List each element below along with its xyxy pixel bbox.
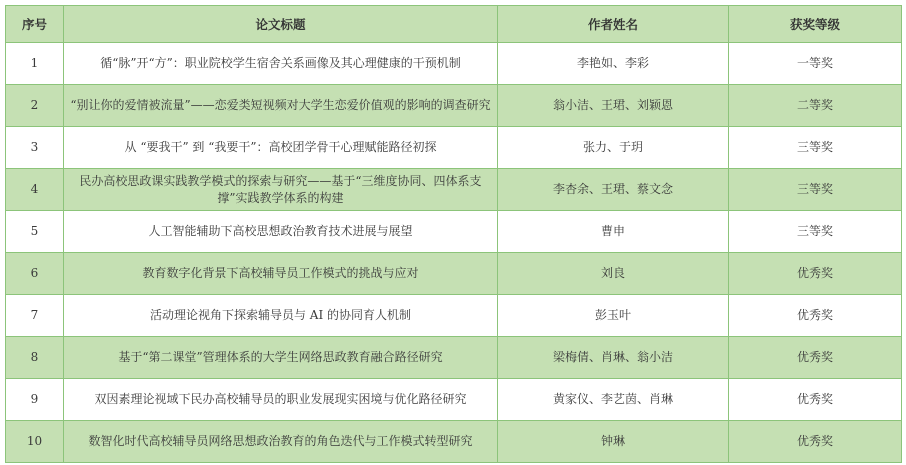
table-row: 4 民办高校思政课实践教学模式的探索与研究——基于“三维度协同、四体系支撑”实践… [6, 169, 902, 211]
table-row: 8 基于“第二课堂”管理体系的大学生网络思政教育融合路径研究 梁梅倩、肖琳、翁小… [6, 337, 902, 379]
cell-index: 2 [6, 85, 64, 127]
cell-authors: 张力、于玥 [498, 127, 729, 169]
table-row: 7 活动理论视角下探索辅导员与 AI 的协同育人机制 彭玉叶 优秀奖 [6, 295, 902, 337]
cell-title: 从 “要我干” 到 “我要干”：高校团学骨干心理赋能路径初探 [64, 127, 498, 169]
cell-award: 优秀奖 [729, 421, 902, 463]
cell-award: 三等奖 [729, 127, 902, 169]
cell-title: 循“脉”开“方”：职业院校学生宿舍关系画像及其心理健康的干预机制 [64, 43, 498, 85]
header-award: 获奖等级 [729, 6, 902, 43]
header-title: 论文标题 [64, 6, 498, 43]
cell-index: 4 [6, 169, 64, 211]
cell-award: 优秀奖 [729, 337, 902, 379]
cell-award: 三等奖 [729, 211, 902, 253]
cell-authors: 翁小洁、王珺、刘颖恩 [498, 85, 729, 127]
table-row: 2 “别让你的爱情被流量”——恋爱类短视频对大学生恋爱价值观的影响的调查研究 翁… [6, 85, 902, 127]
cell-authors: 李艳如、李彩 [498, 43, 729, 85]
table-row: 6 教育数字化背景下高校辅导员工作模式的挑战与应对 刘良 优秀奖 [6, 253, 902, 295]
cell-authors: 钟琳 [498, 421, 729, 463]
cell-authors: 李杏余、王珺、蔡文念 [498, 169, 729, 211]
cell-authors: 黄家仪、李艺茵、肖琳 [498, 379, 729, 421]
award-table: 序号 论文标题 作者姓名 获奖等级 1 循“脉”开“方”：职业院校学生宿舍关系画… [5, 5, 902, 463]
cell-title: 基于“第二课堂”管理体系的大学生网络思政教育融合路径研究 [64, 337, 498, 379]
cell-title: “别让你的爱情被流量”——恋爱类短视频对大学生恋爱价值观的影响的调查研究 [64, 85, 498, 127]
cell-index: 3 [6, 127, 64, 169]
header-row: 序号 论文标题 作者姓名 获奖等级 [6, 6, 902, 43]
cell-authors: 曹申 [498, 211, 729, 253]
cell-award: 一等奖 [729, 43, 902, 85]
cell-title: 数智化时代高校辅导员网络思想政治教育的角色迭代与工作模式转型研究 [64, 421, 498, 463]
cell-award: 优秀奖 [729, 253, 902, 295]
cell-index: 9 [6, 379, 64, 421]
table-row: 1 循“脉”开“方”：职业院校学生宿舍关系画像及其心理健康的干预机制 李艳如、李… [6, 43, 902, 85]
cell-index: 6 [6, 253, 64, 295]
cell-authors: 彭玉叶 [498, 295, 729, 337]
header-index: 序号 [6, 6, 64, 43]
cell-title: 人工智能辅助下高校思想政治教育技术进展与展望 [64, 211, 498, 253]
cell-index: 1 [6, 43, 64, 85]
cell-index: 5 [6, 211, 64, 253]
cell-index: 8 [6, 337, 64, 379]
table-row: 9 双因素理论视域下民办高校辅导员的职业发展现实困境与优化路径研究 黄家仪、李艺… [6, 379, 902, 421]
cell-award: 优秀奖 [729, 295, 902, 337]
table-row: 5 人工智能辅助下高校思想政治教育技术进展与展望 曹申 三等奖 [6, 211, 902, 253]
header-authors: 作者姓名 [498, 6, 729, 43]
cell-title: 教育数字化背景下高校辅导员工作模式的挑战与应对 [64, 253, 498, 295]
cell-index: 7 [6, 295, 64, 337]
cell-award: 三等奖 [729, 169, 902, 211]
table-row: 3 从 “要我干” 到 “我要干”：高校团学骨干心理赋能路径初探 张力、于玥 三… [6, 127, 902, 169]
table-row: 10 数智化时代高校辅导员网络思想政治教育的角色迭代与工作模式转型研究 钟琳 优… [6, 421, 902, 463]
cell-authors: 梁梅倩、肖琳、翁小洁 [498, 337, 729, 379]
cell-title: 活动理论视角下探索辅导员与 AI 的协同育人机制 [64, 295, 498, 337]
cell-authors: 刘良 [498, 253, 729, 295]
cell-title: 民办高校思政课实践教学模式的探索与研究——基于“三维度协同、四体系支撑”实践教学… [64, 169, 498, 211]
cell-award: 二等奖 [729, 85, 902, 127]
cell-award: 优秀奖 [729, 379, 902, 421]
cell-index: 10 [6, 421, 64, 463]
cell-title: 双因素理论视域下民办高校辅导员的职业发展现实困境与优化路径研究 [64, 379, 498, 421]
